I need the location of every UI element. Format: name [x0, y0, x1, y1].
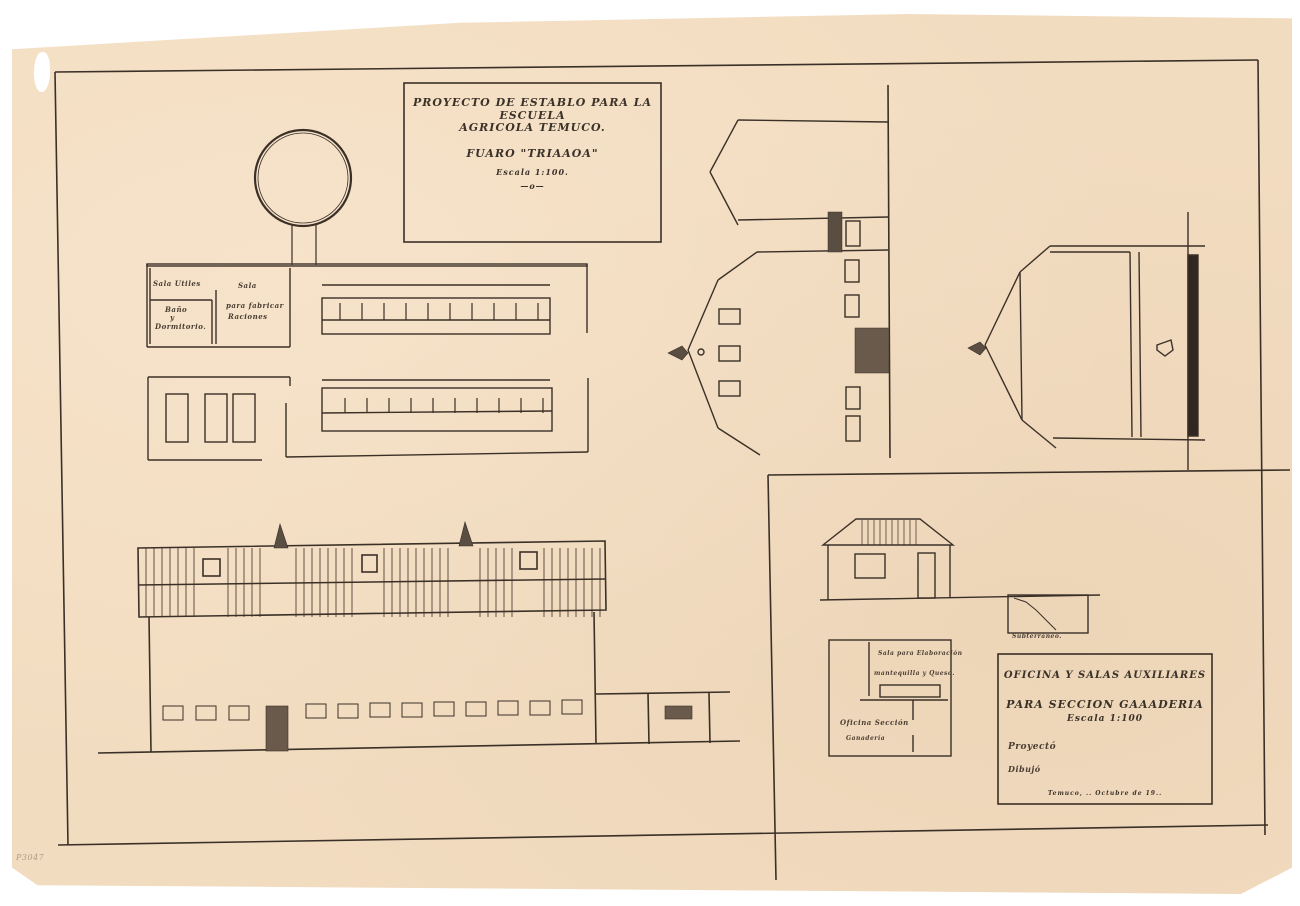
office-label-mantequilla: mantequilla y Queso. — [874, 670, 955, 677]
title-line-3: FUARO "TRIAAOA" — [404, 147, 661, 160]
title-block-main: PROYECTO DE ESTABLO PARA LA ESCUELA AGRI… — [404, 83, 661, 242]
office-label-ganaderia: Ganadería — [846, 735, 885, 742]
title-ornament: —o— — [404, 181, 661, 191]
date-line: Temuco, .. Octubre de 19.. — [998, 790, 1212, 797]
silo-plan — [255, 130, 351, 265]
designed-by-label: Proyectó — [1008, 742, 1056, 752]
room-label-dormitorio: Dormitorio. — [155, 322, 206, 331]
secondary-scale: Escala 1:100 — [998, 714, 1212, 724]
stable-floor-plan-lower — [148, 377, 588, 460]
stable-floor-plan-upper — [147, 264, 587, 347]
elevation-windows — [163, 700, 582, 720]
basement-label: Subterráneo. — [1012, 633, 1062, 640]
archive-stamp: P3047 — [16, 853, 44, 862]
room-label-y: y — [170, 313, 175, 322]
end-elevation — [668, 120, 889, 455]
room-label-para-fabricar: para fabricar — [226, 301, 284, 310]
office-roof-boards — [862, 520, 916, 545]
title-line-2: AGRICOLA TEMUCO. — [404, 121, 661, 134]
secondary-title-line-2: PARA SECCION GAAADERIA — [998, 698, 1212, 711]
secondary-title-line-1: OFICINA Y SALAS AUXILIARES — [998, 670, 1212, 681]
drawn-by-label: Dibujó — [1008, 764, 1041, 774]
office-label-oficina: Oficina Sección — [840, 718, 909, 727]
room-label-raciones: Raciones — [228, 312, 268, 321]
room-label-sala-utiles: Sala Utiles — [153, 279, 201, 288]
room-label-sala: Sala — [238, 281, 257, 290]
title-scale: Escala 1:100. — [404, 167, 661, 177]
title-block-secondary: OFICINA Y SALAS AUXILIARES PARA SECCION … — [998, 654, 1212, 804]
title-line-1: PROYECTO DE ESTABLO PARA LA ESCUELA — [404, 96, 661, 122]
cross-section — [968, 212, 1205, 470]
office-label-sala-elaboracion: Sala para Elaboración — [878, 650, 962, 657]
room-label-bano: Baño — [165, 305, 187, 314]
stall-dividers-upper — [340, 303, 538, 320]
